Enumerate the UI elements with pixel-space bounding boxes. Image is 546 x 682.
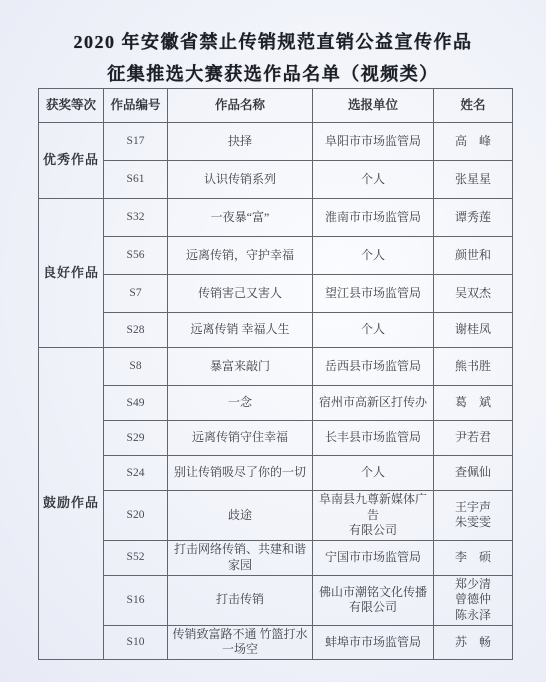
document-title: 2020 年安徽省禁止传销规范直销公益宣传作品 征集推选大赛获选作品名单（视频类… (0, 26, 546, 90)
cell-work-code: S17 (104, 123, 168, 161)
cell-author-name: 苏 畅 (434, 625, 513, 659)
cell-work-title: 一念 (168, 386, 313, 421)
cell-author-name: 查佩仙 (434, 456, 513, 491)
document-title-line1: 2020 年安徽省禁止传销规范直销公益宣传作品 (0, 26, 546, 58)
cell-author-name: 郑少清 曾德仲 陈永泽 (434, 575, 513, 625)
column-header-author-name: 姓名 (434, 89, 513, 123)
cell-work-code: S32 (104, 199, 168, 237)
cell-author-name: 张星星 (434, 161, 513, 199)
cell-submitting-unit: 岳西县市场监管局 (313, 348, 434, 386)
cell-work-title: 歧途 (168, 491, 313, 541)
cell-author-name: 李 硕 (434, 540, 513, 575)
table-row: S52 打击网络传销、共建和谐家园 宁国市市场监管局 李 硕 (39, 540, 513, 575)
cell-author-name: 尹若君 (434, 421, 513, 456)
cell-work-code: S28 (104, 313, 168, 348)
table-row: 良好作品 S32 一夜暴“富” 淮南市市场监管局 谭秀莲 (39, 199, 513, 237)
table-row: 鼓励作品 S8 暴富来敲门 岳西县市场监管局 熊书胜 (39, 348, 513, 386)
cell-work-code: S16 (104, 575, 168, 625)
cell-work-code: S7 (104, 275, 168, 313)
cell-author-name: 谢桂凤 (434, 313, 513, 348)
cell-submitting-unit: 阜南县九尊新媒体广告 有限公司 (313, 491, 434, 541)
table-row: S61 认识传销系列 个人 张星星 (39, 161, 513, 199)
cell-work-code: S52 (104, 540, 168, 575)
cell-work-title: 远离传销，守护幸福 (168, 237, 313, 275)
cell-submitting-unit: 淮南市市场监管局 (313, 199, 434, 237)
cell-submitting-unit: 阜阳市市场监管局 (313, 123, 434, 161)
cell-submitting-unit: 佛山市潮铭文化传播 有限公司 (313, 575, 434, 625)
cell-work-title: 远离传销守住幸福 (168, 421, 313, 456)
cell-work-title: 抉择 (168, 123, 313, 161)
cell-author-name: 葛 斌 (434, 386, 513, 421)
cell-author-name: 颜世和 (434, 237, 513, 275)
table-row: S28 远离传销 幸福人生 个人 谢桂凤 (39, 313, 513, 348)
cell-work-title: 别让传销吸尽了你的一切 (168, 456, 313, 491)
cell-work-code: S10 (104, 625, 168, 659)
cell-submitting-unit: 个人 (313, 313, 434, 348)
cell-work-title: 传销致富路不通 竹篮打水一场空 (168, 625, 313, 659)
cell-work-title: 传销害己又害人 (168, 275, 313, 313)
table-row: S24 别让传销吸尽了你的一切 个人 查佩仙 (39, 456, 513, 491)
column-header-submitting-unit: 选报单位 (313, 89, 434, 123)
award-results-table: 获奖等次 作品编号 作品名称 选报单位 姓名 优秀作品 S17 抉择 阜阳市市场… (38, 88, 513, 660)
table-row: S10 传销致富路不通 竹篮打水一场空 蚌埠市市场监管局 苏 畅 (39, 625, 513, 659)
cell-submitting-unit: 个人 (313, 456, 434, 491)
column-header-work-code: 作品编号 (104, 89, 168, 123)
table-row: S29 远离传销守住幸福 长丰县市场监管局 尹若君 (39, 421, 513, 456)
award-group-excellent: 优秀作品 (39, 123, 104, 199)
table-row: S7 传销害己又害人 望江县市场监管局 吴双杰 (39, 275, 513, 313)
award-group-good: 良好作品 (39, 199, 104, 348)
column-header-award-level: 获奖等次 (39, 89, 104, 123)
cell-work-title: 打击传销 (168, 575, 313, 625)
cell-author-name: 王宇声 朱雯雯 (434, 491, 513, 541)
cell-author-name: 吴双杰 (434, 275, 513, 313)
award-group-encouragement: 鼓励作品 (39, 348, 104, 660)
column-header-work-title: 作品名称 (168, 89, 313, 123)
cell-submitting-unit: 个人 (313, 237, 434, 275)
cell-work-code: S56 (104, 237, 168, 275)
cell-submitting-unit: 蚌埠市市场监管局 (313, 625, 434, 659)
cell-work-code: S8 (104, 348, 168, 386)
cell-submitting-unit: 宁国市市场监管局 (313, 540, 434, 575)
scanned-document-page: 2020 年安徽省禁止传销规范直销公益宣传作品 征集推选大赛获选作品名单（视频类… (0, 0, 546, 682)
cell-work-title: 一夜暴“富” (168, 199, 313, 237)
cell-work-code: S49 (104, 386, 168, 421)
cell-work-code: S61 (104, 161, 168, 199)
cell-author-name: 熊书胜 (434, 348, 513, 386)
cell-submitting-unit: 个人 (313, 161, 434, 199)
cell-work-title: 打击网络传销、共建和谐家园 (168, 540, 313, 575)
cell-work-code: S24 (104, 456, 168, 491)
cell-author-name: 谭秀莲 (434, 199, 513, 237)
cell-submitting-unit: 宿州市高新区打传办 (313, 386, 434, 421)
table-row: S56 远离传销，守护幸福 个人 颜世和 (39, 237, 513, 275)
table-row: S16 打击传销 佛山市潮铭文化传播 有限公司 郑少清 曾德仲 陈永泽 (39, 575, 513, 625)
cell-author-name: 高 峰 (434, 123, 513, 161)
cell-work-title: 认识传销系列 (168, 161, 313, 199)
table-row: S20 歧途 阜南县九尊新媒体广告 有限公司 王宇声 朱雯雯 (39, 491, 513, 541)
document-title-line2: 征集推选大赛获选作品名单（视频类） (0, 58, 546, 90)
table-row: 优秀作品 S17 抉择 阜阳市市场监管局 高 峰 (39, 123, 513, 161)
cell-submitting-unit: 长丰县市场监管局 (313, 421, 434, 456)
cell-work-title: 暴富来敲门 (168, 348, 313, 386)
cell-work-code: S29 (104, 421, 168, 456)
table-row: S49 一念 宿州市高新区打传办 葛 斌 (39, 386, 513, 421)
cell-work-code: S20 (104, 491, 168, 541)
cell-submitting-unit: 望江县市场监管局 (313, 275, 434, 313)
table-header-row: 获奖等次 作品编号 作品名称 选报单位 姓名 (39, 89, 513, 123)
cell-work-title: 远离传销 幸福人生 (168, 313, 313, 348)
